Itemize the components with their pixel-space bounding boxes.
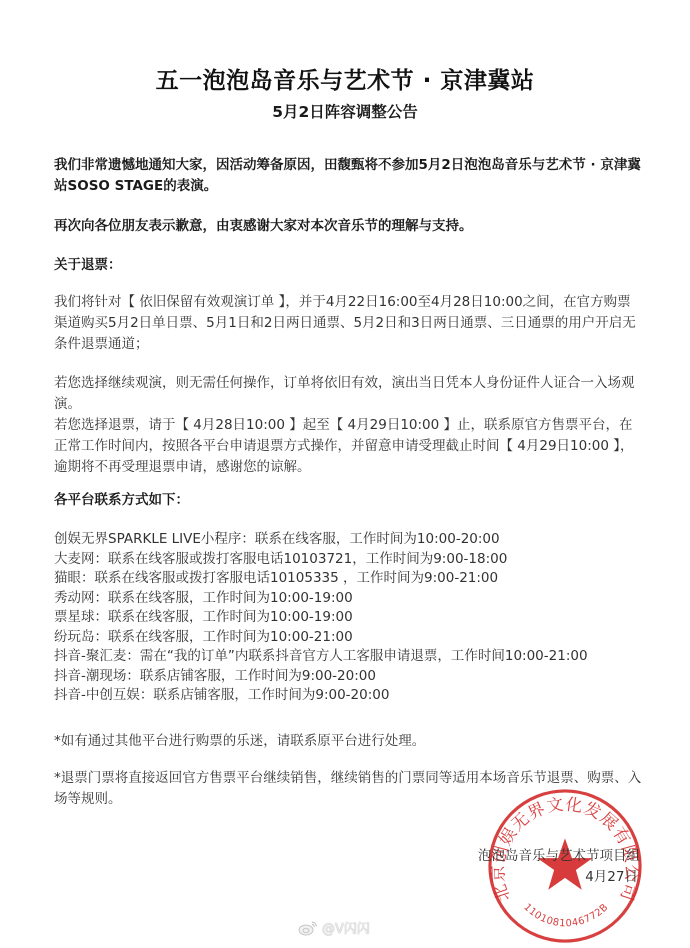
refund-heading: 关于退票： [54,255,644,276]
signature-block: 泡泡岛音乐与艺术节项目组 4月27日 [478,846,640,888]
svg-text:1101081046772B: 1101081046772B [521,902,610,930]
refund-option-paragraph: 若您选择退票，请于【 4月28日10:00 】起至【 4月29日10:00 】止… [54,415,644,478]
continue-option-paragraph: 若您选择继续观演，则无需任何操作，订单将依旧有效，演出当日凭本人身份证件人证合一… [54,373,644,415]
contact-item: 纷玩岛：联系在线客服，工作时间为10:00-21:00 [54,628,644,648]
contact-item: 票星球：联系在线客服，工作时间为10:00-19:00 [54,608,644,628]
contact-list: 创娱无界SPARKLE LIVE小程序：联系在线客服，工作时间为10:00-20… [54,530,644,706]
contact-item: 创娱无界SPARKLE LIVE小程序：联系在线客服，工作时间为10:00-20… [54,530,644,550]
contact-item: 抖音-聚汇麦：需在“我的订单”内联系抖音官方人工客服申请退票，工作时间10:00… [54,647,644,667]
signature-date: 4月27日 [478,867,640,888]
contact-item: 猫眼：联系在线客服或拨打客服电话10105335 ，工作时间为9:00-21:0… [54,569,644,589]
document-title: 五一泡泡岛音乐与艺术节 · 京津冀站 [0,62,690,95]
intro-paragraph: 我们非常遗憾地通知大家，因活动筹备原因，田馥甄将不参加5月2日泡泡岛音乐与艺术节… [54,155,644,197]
weibo-watermark: @V闪闪 [298,918,370,937]
note-other-platforms: *如有通过其他平台进行购票的乐迷，请联系原平台进行处理。 [54,731,644,752]
contact-item: 秀动网：联系在线客服，工作时间为10:00-19:00 [54,589,644,609]
organizer-name: 泡泡岛音乐与艺术节项目组 [478,846,640,867]
watermark-handle: @V闪闪 [322,918,370,937]
contact-item: 抖音-潮现场：联系店铺客服，工作时间为9:00-20:00 [54,667,644,687]
apology-paragraph: 再次向各位朋友表示歉意，由衷感谢大家对本次音乐节的理解与支持。 [54,216,644,237]
document-subtitle: 5月2日阵容调整公告 [0,100,690,122]
contact-item: 大麦网：联系在线客服或拨打客服电话10103721，工作时间为9:00-18:0… [54,550,644,570]
refund-policy-paragraph: 我们将针对【 依旧保留有效观演订单 】，并于4月22日16:00至4月28日10… [54,292,644,355]
weibo-icon [298,920,318,936]
contact-heading: 各平台联系方式如下： [54,490,644,511]
contact-item: 抖音-中创互娱：联系店铺客服，工作时间为9:00-20:00 [54,686,644,706]
announcement-page: 五一泡泡岛音乐与艺术节 · 京津冀站 5月2日阵容调整公告 我们非常遗憾地通知大… [0,0,690,948]
